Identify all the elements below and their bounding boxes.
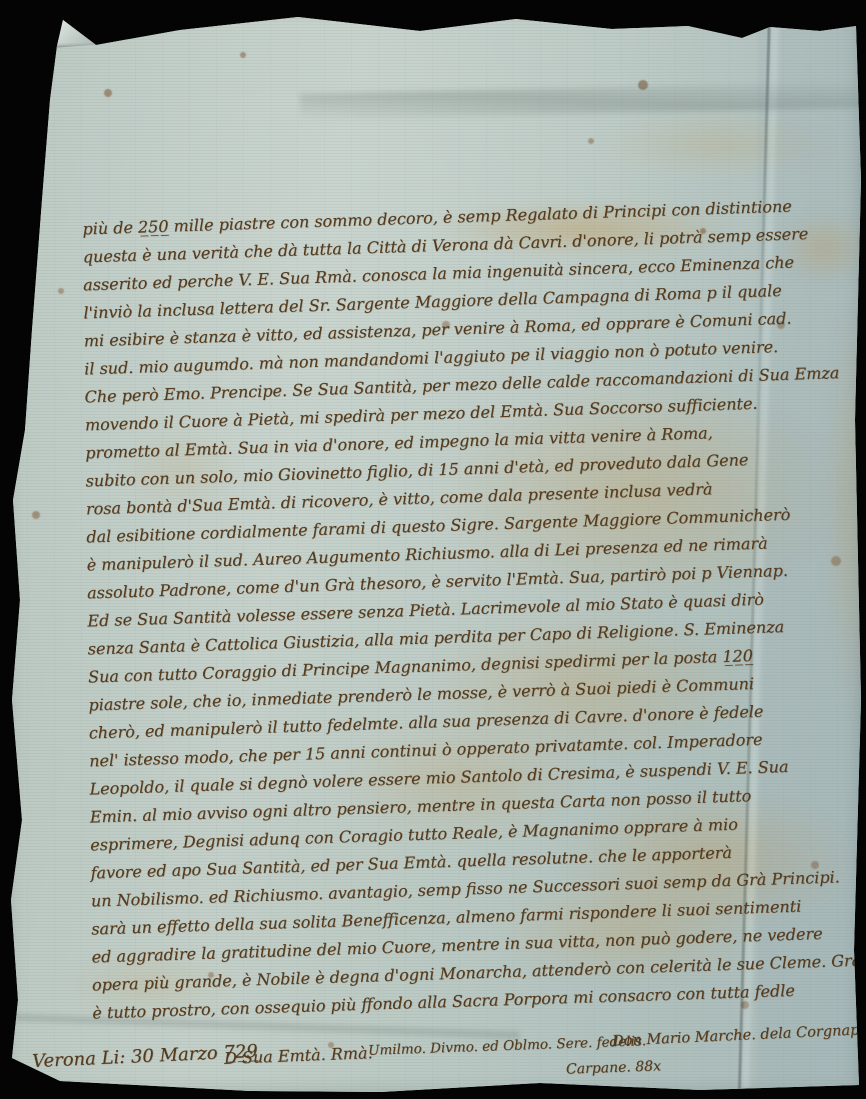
manuscript-photo: più de 2̲5̲0̲ mille piastre con sommo de…	[0, 0, 866, 1099]
letter-signature-note: Carpane. 88x	[566, 1058, 661, 1077]
manuscript-page: più de 2̲5̲0̲ mille piastre con sommo de…	[0, 0, 866, 1099]
foxing-dots	[0, 0, 6, 6]
letter-body: più de 2̲5̲0̲ mille piastre con sommo de…	[66, 190, 866, 1027]
folded-corner	[55, 15, 99, 49]
